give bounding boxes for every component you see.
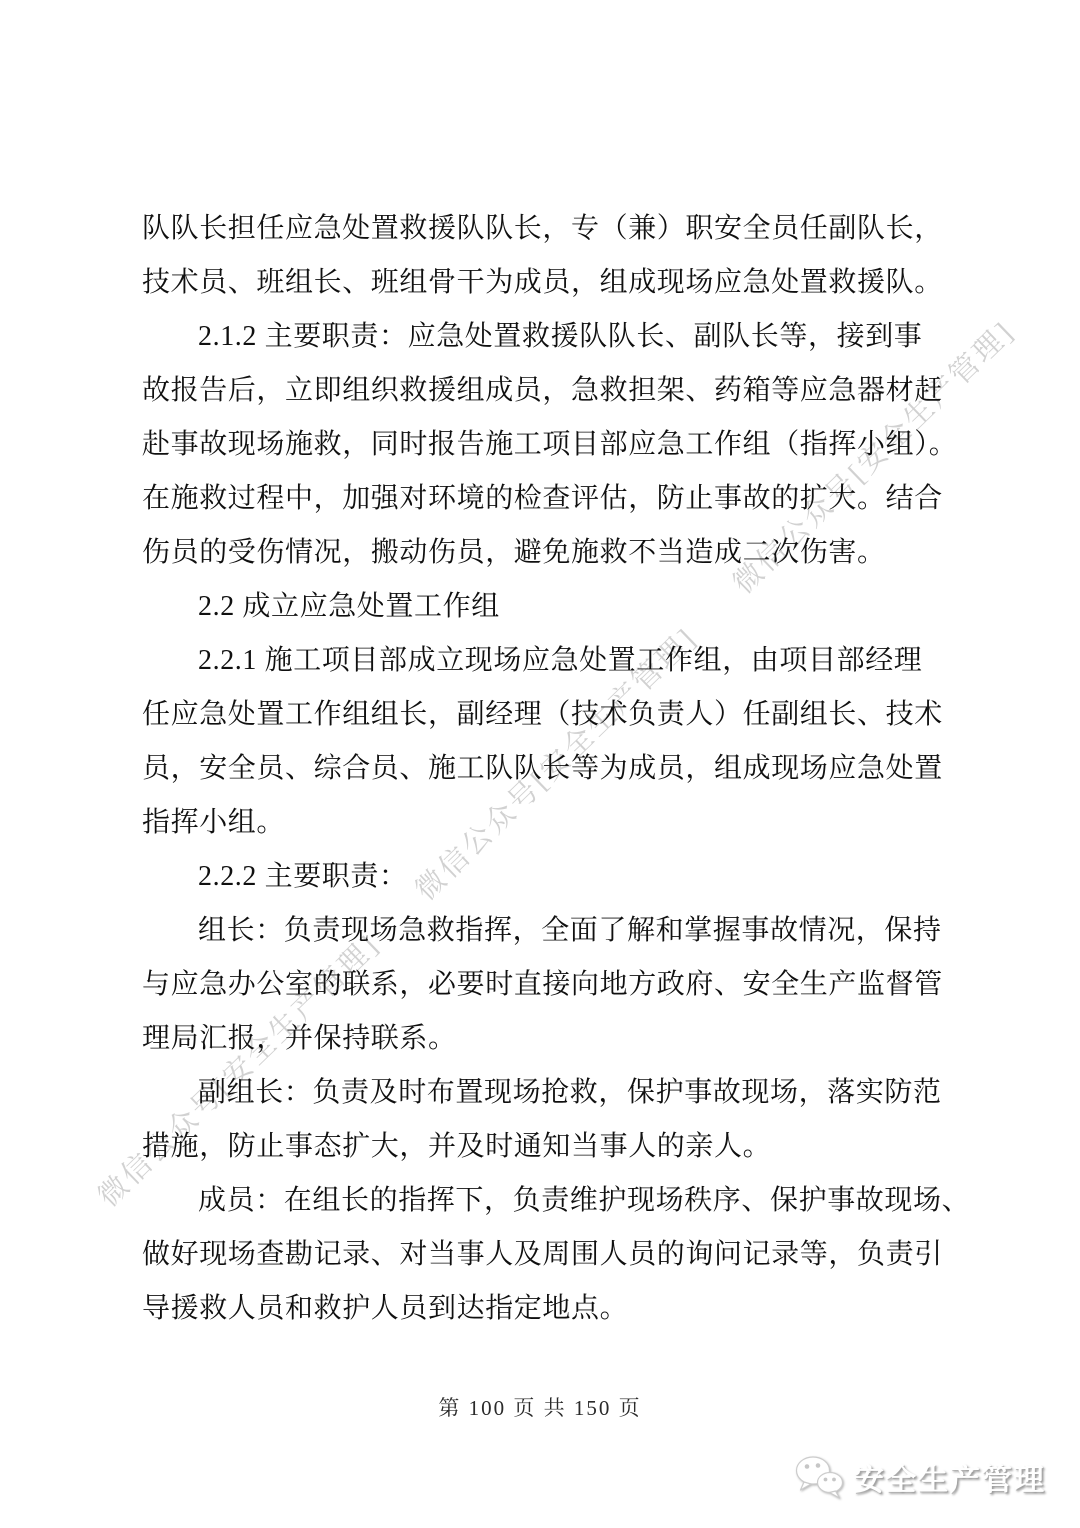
brand-name: 安全生产管理 — [854, 1455, 1046, 1499]
text-line: 技术员、班组长、班组骨干为成员，组成现场应急处置救援队。 — [142, 256, 942, 310]
document-body: 队队长担任应急处置救援队队长，专（兼）职安全员任副队长，技术员、班组长、班组骨干… — [142, 202, 942, 1336]
page-number-label: 第 100 页 共 150 页 — [438, 1396, 641, 1420]
text-line: 组长：负责现场急救指挥，全面了解和掌握事故情况，保持 — [142, 904, 942, 958]
text-line: 赴事故现场施救，同时报告施工项目部应急工作组（指挥小组）。 — [142, 418, 942, 472]
text-line: 指挥小组。 — [142, 796, 942, 850]
text-line: 任应急处置工作组组长，副经理（技术负责人）任副组长、技术 — [142, 688, 942, 742]
page-number: 第 100 页 共 150 页 — [0, 1392, 1080, 1422]
text-line: 故报告后，立即组织救援组成员，急救担架、药箱等应急器材赶 — [142, 364, 942, 418]
text-line: 2.2 成立应急处置工作组 — [142, 580, 942, 634]
text-line: 成员：在组长的指挥下，负责维护现场秩序、保护事故现场、 — [142, 1174, 942, 1228]
text-line: 做好现场查勘记录、对当事人及周围人员的询问记录等，负责引 — [142, 1228, 942, 1282]
wechat-icon — [794, 1454, 844, 1500]
text-line: 措施，防止事态扩大，并及时通知当事人的亲人。 — [142, 1120, 942, 1174]
text-line: 2.1.2 主要职责：应急处置救援队队长、副队长等，接到事 — [142, 310, 942, 364]
text-line: 员，安全员、综合员、施工队队长等为成员，组成现场应急处置 — [142, 742, 942, 796]
text-line: 副组长：负责及时布置现场抢救，保护事故现场，落实防范 — [142, 1066, 942, 1120]
text-line: 2.2.1 施工项目部成立现场应急处置工作组，由项目部经理 — [142, 634, 942, 688]
text-line: 与应急办公室的联系，必要时直接向地方政府、安全生产监督管 — [142, 958, 942, 1012]
text-line: 在施救过程中，加强对环境的检查评估，防止事故的扩大。结合 — [142, 472, 942, 526]
text-line: 2.2.2 主要职责： — [142, 850, 942, 904]
document-page: 微信公众号[安全生产管理] 微信公众号[安全生产管理] 微信公众号[安全生产管理… — [0, 0, 1080, 1528]
text-line: 队队长担任应急处置救援队队长，专（兼）职安全员任副队长， — [142, 202, 942, 256]
text-line: 伤员的受伤情况，搬动伤员，避免施救不当造成二次伤害。 — [142, 526, 942, 580]
text-line: 理局汇报，并保持联系。 — [142, 1012, 942, 1066]
brand-badge: 安全生产管理 — [794, 1454, 1046, 1500]
text-line: 导援救人员和救护人员到达指定地点。 — [142, 1282, 942, 1336]
